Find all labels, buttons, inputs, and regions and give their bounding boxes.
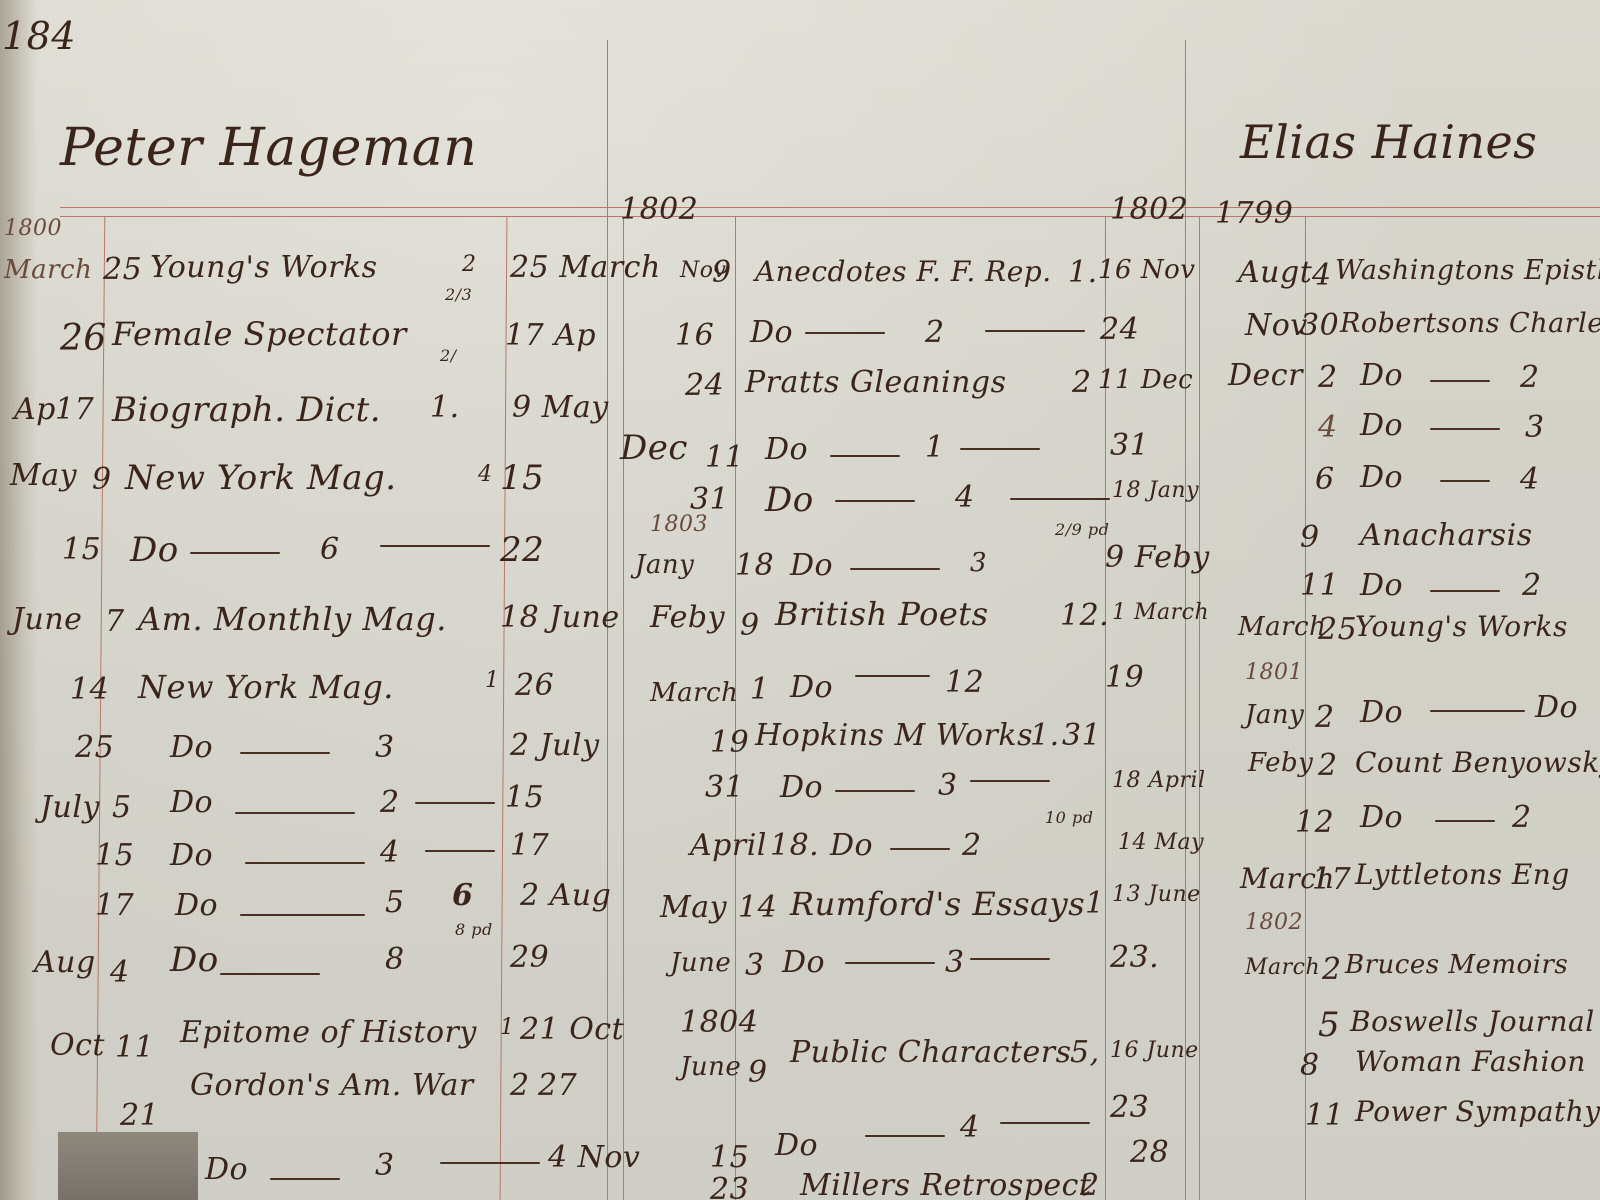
entry-title: Do: [765, 432, 808, 467]
entry-returned: 9 May: [512, 390, 609, 425]
entry-month: March: [4, 255, 92, 285]
entry-month: June: [12, 602, 82, 637]
entry-day: 5: [1318, 1005, 1340, 1045]
entry-returned: 23: [1110, 1090, 1149, 1125]
entry-returned: 31: [1110, 428, 1149, 463]
entry-month: March: [1238, 612, 1326, 642]
entry-volume: Do: [1535, 690, 1578, 725]
entry-day: 11: [705, 440, 744, 475]
entry-day: 2: [1318, 748, 1338, 783]
entry-returned: 31: [1062, 718, 1101, 753]
entry-month: Jany: [635, 550, 694, 580]
ditto-dash: [970, 958, 1050, 960]
left-year-header: 1800: [4, 216, 62, 241]
entry-returned: 26: [515, 668, 554, 703]
entry-title: New York Mag.: [125, 458, 397, 498]
entry-month: May: [660, 890, 727, 925]
entry-title: Rumford's Essays: [790, 885, 1085, 923]
entry-volume: 2: [962, 828, 982, 863]
entry-day: 5: [112, 790, 132, 825]
middle-return-column-rule: [1105, 216, 1106, 1200]
ditto-dash: [245, 862, 365, 864]
ditto-dash: [1430, 428, 1500, 430]
entry-note: 2/9 pd: [1055, 520, 1109, 539]
entry-title: Do: [1360, 568, 1403, 603]
entry-day: 8: [1300, 1048, 1320, 1083]
entry-returned: 27: [538, 1068, 577, 1103]
entry-title: New York Mag.: [138, 668, 394, 706]
entry-day: 14: [70, 672, 109, 707]
center-margin-rule-b: [623, 216, 624, 1200]
ditto-dash: [190, 552, 280, 554]
entry-day: 12: [1295, 805, 1334, 840]
entry-volume: 3: [938, 768, 958, 803]
entry-volume: 2: [380, 785, 400, 820]
entry-note: 2/3: [445, 285, 472, 304]
entry-volume: 4: [380, 835, 400, 870]
ditto-dash: [805, 332, 885, 334]
entry-volume: 2: [1072, 365, 1092, 400]
entry-title: Robertsons Charles: [1340, 308, 1600, 339]
entry-title: Do: [782, 945, 825, 980]
entry-day: 14: [738, 890, 777, 925]
entry-title: Biograph. Dict.: [112, 390, 381, 430]
entry-volume: 1: [485, 668, 500, 693]
ditto-dash: [425, 850, 495, 852]
entry-title: British Poets: [775, 595, 989, 633]
entry-volume: 1.: [1030, 718, 1060, 753]
entry-day: 17: [1312, 862, 1351, 897]
entry-month: July: [40, 790, 100, 825]
entry-month: Oct: [50, 1028, 105, 1063]
entry-month: March: [650, 678, 738, 708]
right-account-name: Elias Haines: [1240, 115, 1537, 169]
entry-returned: 25 March: [510, 250, 661, 285]
entry-month: April: [690, 828, 767, 863]
entry-month: June: [670, 948, 731, 978]
entry-day: 2: [1315, 700, 1335, 735]
entry-title: Do: [790, 548, 833, 583]
entry-title: Do: [1360, 408, 1403, 443]
entry-returned: 11 Dec: [1098, 365, 1193, 395]
entry-title: Do: [170, 940, 219, 980]
entry-year-marker: 1804: [680, 1005, 758, 1040]
entry-returned: 18 June: [500, 600, 620, 635]
ditto-dash: [865, 1135, 945, 1137]
entry-volume: 2: [925, 315, 945, 350]
ditto-dash: [985, 330, 1085, 332]
entry-volume: 2: [1080, 1168, 1100, 1200]
entry-title: Hopkins M Works: [755, 718, 1033, 753]
entry-month: Decr: [1228, 358, 1303, 393]
entry-month: May: [10, 458, 77, 493]
entry-title: Anacharsis: [1360, 518, 1533, 553]
entry-title: Boswells Journal: [1350, 1005, 1595, 1038]
page-binding-edge: [0, 0, 36, 1200]
entry-month: March: [1245, 955, 1320, 980]
entry-day: 15: [62, 532, 101, 567]
entry-year-marker: 1802: [1245, 910, 1303, 935]
ditto-dash: [1435, 820, 1495, 822]
entry-title: Do: [205, 1152, 248, 1187]
entry-volume: 2: [1512, 800, 1532, 835]
ditto-dash: [1430, 380, 1490, 382]
entry-day: 4: [110, 955, 130, 990]
entry-title: Millers Retrospect: [800, 1168, 1092, 1200]
entry-returned: 19: [1105, 660, 1144, 695]
entry-month: Feby: [1248, 748, 1313, 778]
entry-title: Do: [1360, 800, 1403, 835]
entry-title: Do: [780, 770, 823, 805]
entry-returned: 4 Nov: [548, 1140, 640, 1175]
entry-day: 9: [740, 608, 760, 643]
entry-month: June: [680, 1052, 741, 1082]
entry-returned: 16 Nov: [1098, 255, 1195, 285]
entry-volume: 3: [970, 548, 987, 578]
entry-returned: 17: [510, 828, 549, 863]
entry-volume: 12.: [1060, 598, 1109, 633]
ditto-dash: [890, 848, 950, 850]
entry-month: Dec: [620, 428, 688, 468]
entry-returned: 18 Jany: [1112, 478, 1199, 503]
ditto-dash: [855, 675, 930, 677]
entry-volume: 3: [375, 730, 395, 765]
entry-day: 25: [75, 730, 114, 765]
middle-year-header: 1802: [620, 192, 698, 227]
entry-day: 11: [115, 1030, 154, 1065]
entry-title: Female Spectator: [112, 315, 407, 353]
entry-volume: 1: [1085, 886, 1105, 921]
entry-title: Do: [765, 480, 814, 520]
ditto-dash: [1430, 710, 1525, 712]
ditto-dash: [220, 973, 320, 975]
entry-volume: 2: [1522, 568, 1542, 603]
entry-day: 23: [710, 1172, 749, 1200]
entry-title: Washingtons Epistles: [1335, 255, 1600, 286]
entry-title: Do: [1360, 695, 1403, 730]
entry-volume: 4: [960, 1110, 980, 1145]
entry-returned: 21 Oct: [520, 1012, 624, 1047]
entry-returned: 15: [500, 458, 544, 498]
entry-day: 26: [60, 318, 107, 359]
entry-month: Jany: [1245, 700, 1304, 730]
page-number: 184: [2, 14, 76, 58]
entry-month: Augt: [1238, 255, 1312, 290]
entry-returned: 13 June: [1112, 882, 1201, 907]
entry-returned: 15: [505, 780, 544, 815]
entry-volume: 8: [385, 942, 405, 977]
entry-day: 1: [750, 672, 770, 707]
entry-returned: 1 March: [1112, 600, 1209, 625]
ditto-dash: [845, 962, 935, 964]
entry-day: 9: [1300, 520, 1320, 555]
entry-day: 15: [710, 1140, 749, 1175]
ditto-dash: [235, 812, 355, 814]
ditto-dash: [240, 914, 365, 916]
entry-day: 30: [1300, 308, 1339, 343]
entry-day: 15: [95, 838, 134, 873]
entry-title: Woman Fashion: [1355, 1045, 1586, 1078]
entry-returned: 23.: [1110, 940, 1159, 975]
entry-volume: 2: [462, 252, 477, 277]
entry-title: Young's Works: [150, 250, 378, 285]
entry-title: Lyttletons Eng: [1355, 858, 1570, 891]
ditto-dash: [835, 790, 915, 792]
entry-note: 10 pd: [1045, 808, 1093, 827]
entry-day: 2: [1318, 360, 1338, 395]
header-rule-bottom: [60, 216, 1600, 217]
entry-volume: 2: [1520, 360, 1540, 395]
entry-returned: 28: [1130, 1135, 1169, 1170]
entry-volume: 4: [478, 462, 493, 487]
entry-month: Feby: [650, 600, 725, 635]
entry-month: Nov: [1245, 308, 1308, 343]
ditto-dash: [1430, 590, 1500, 592]
entry-day: 17: [55, 392, 94, 427]
entry-day: 11: [1305, 1098, 1344, 1133]
entry-day: 18: [735, 548, 774, 583]
entry-returned: 2 July: [510, 728, 600, 763]
entry-returned: 16 June: [1110, 1038, 1199, 1063]
entry-title: Do: [175, 888, 218, 923]
right-margin-rule-b: [1199, 216, 1200, 1200]
entry-title: Epitome of History: [180, 1015, 477, 1050]
entry-day: 25: [103, 252, 142, 287]
entry-title: Do: [130, 530, 179, 570]
ditto-dash: [380, 545, 490, 547]
entry-title: Am. Monthly Mag.: [138, 600, 447, 638]
left-account-name: Peter Hageman: [60, 118, 477, 178]
entry-volume: 1.: [1068, 255, 1098, 290]
entry-note: 6: [452, 878, 473, 913]
entry-day: 31: [705, 770, 744, 805]
entry-title: Do: [170, 838, 213, 873]
entry-day: 24: [685, 368, 724, 403]
entry-title: Bruces Memoirs: [1345, 950, 1568, 980]
entry-returned: 24: [1100, 312, 1139, 347]
entry-returned: 2 Aug: [520, 878, 611, 913]
ditto-dash: [1010, 498, 1110, 500]
entry-day: 7: [105, 604, 125, 639]
entry-volume: 2: [510, 1068, 530, 1103]
entry-returned: 9 Feby: [1105, 540, 1210, 575]
entry-volume: 5,: [1070, 1035, 1100, 1070]
entry-volume: 1: [925, 430, 945, 465]
entry-title: Do: [790, 670, 833, 705]
entry-volume: 3: [945, 945, 965, 980]
entry-day: 9: [748, 1055, 768, 1090]
entry-day: 6: [1315, 462, 1335, 497]
entry-volume: 3: [1525, 410, 1545, 445]
entry-volume: 1: [500, 1015, 515, 1040]
entry-volume: 3: [375, 1148, 395, 1183]
entry-returned: 29: [510, 940, 549, 975]
entry-month: Ap: [14, 392, 56, 427]
ditto-dash: [835, 500, 915, 502]
entry-title: Do: [1360, 358, 1403, 393]
entry-returned: 22: [500, 530, 544, 570]
ditto-dash: [1000, 1122, 1090, 1124]
entry-volume: 6: [320, 532, 340, 567]
entry-year-marker: 1803: [650, 512, 708, 537]
entry-volume: 1.: [430, 390, 460, 425]
ditto-dash: [240, 752, 330, 754]
ditto-dash: [850, 568, 940, 570]
entry-returned: 14 May: [1118, 830, 1204, 855]
ditto-dash: [415, 802, 495, 804]
right-year-header: 1799: [1215, 196, 1293, 231]
entry-title: Young's Works: [1355, 610, 1568, 643]
ditto-dash: [1440, 480, 1490, 482]
ditto-dash: [440, 1162, 540, 1164]
entry-note: 8 pd: [455, 920, 493, 939]
entry-title: Power Sympathy: [1355, 1095, 1600, 1128]
entry-note: 2/: [440, 346, 457, 365]
header-rule-top: [60, 207, 1600, 208]
entry-title: Public Characters: [790, 1035, 1071, 1070]
entry-title: Gordon's Am. War: [190, 1068, 474, 1103]
entry-day: 2: [1322, 952, 1342, 987]
ditto-dash: [960, 448, 1040, 450]
entry-day: 9: [92, 462, 112, 497]
entry-volume: 4: [955, 480, 975, 515]
entry-year-marker: 1801: [1245, 660, 1303, 685]
entry-day: 9: [712, 255, 732, 290]
entry-volume: 12: [945, 665, 984, 700]
entry-title: Do: [750, 315, 793, 350]
entry-day: 19: [710, 725, 749, 760]
entry-title: Do: [1360, 460, 1403, 495]
entry-title: Do: [170, 730, 213, 765]
ditto-dash: [970, 780, 1050, 782]
left-return-column-rule: [500, 216, 508, 1200]
entry-returned: 17 Ap: [505, 318, 596, 353]
entry-title: Do: [830, 828, 873, 863]
middle-returned-year-header: 1802: [1110, 192, 1188, 227]
entry-day: 3: [745, 948, 765, 983]
entry-day: 21: [120, 1098, 159, 1133]
entry-title: Do: [170, 785, 213, 820]
entry-volume: 5: [385, 885, 405, 920]
entry-day: 4: [1312, 258, 1332, 293]
entry-title: Do: [775, 1128, 818, 1163]
entry-month: Aug: [34, 945, 96, 980]
entry-returned: 18 April: [1112, 768, 1206, 793]
entry-day: 4: [1318, 410, 1338, 445]
entry-day: 16: [675, 318, 714, 353]
entry-day: 17: [95, 888, 134, 923]
entry-day: 18.: [770, 828, 819, 863]
ditto-dash: [270, 1178, 340, 1180]
entry-title: Pratts Gleanings: [745, 365, 1007, 400]
ditto-dash: [830, 455, 900, 457]
entry-day: 25: [1318, 612, 1357, 647]
page-corner-tab: [58, 1132, 198, 1200]
entry-title: Count Benyowsky: [1355, 746, 1600, 779]
entry-title: Anecdotes F. F. Rep.: [755, 255, 1052, 288]
entry-day: 11: [1300, 568, 1339, 603]
entry-volume: 4: [1520, 462, 1540, 497]
